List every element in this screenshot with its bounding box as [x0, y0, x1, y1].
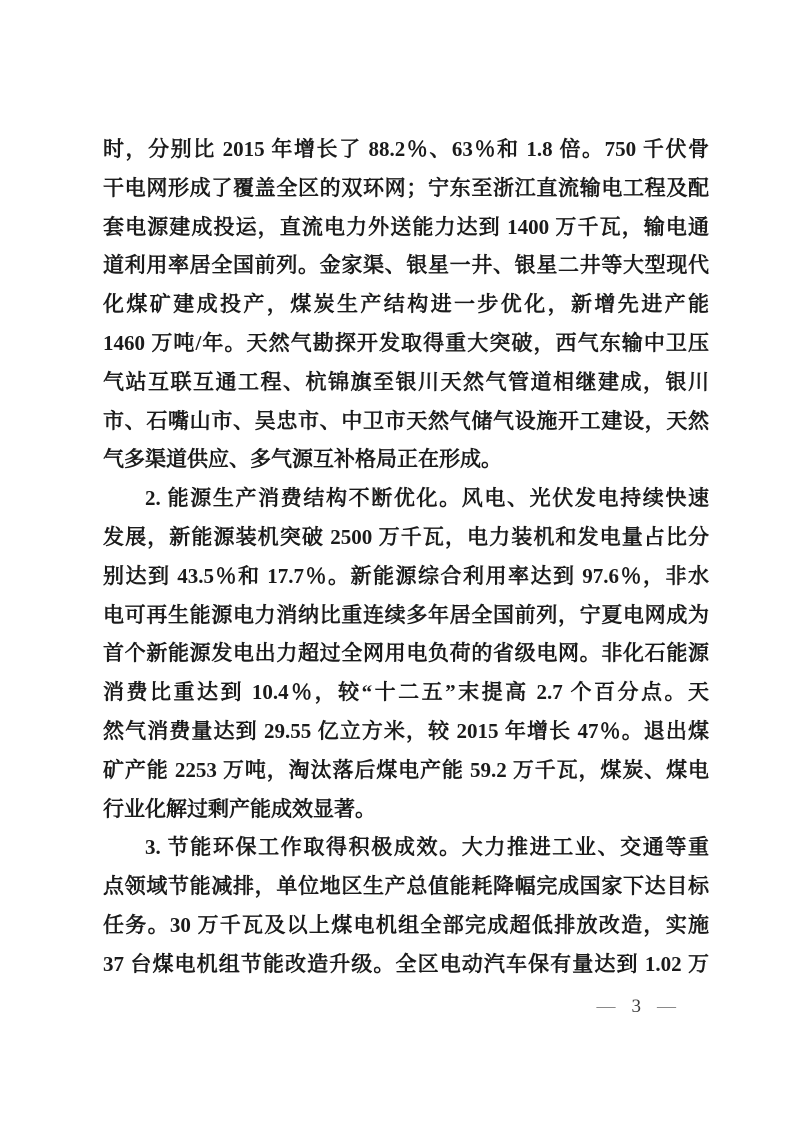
text-line: 行业化解过剩产能成效显著。	[103, 790, 709, 829]
text-line: 气站互联互通工程、杭锦旗至银川天然气管道相继建成，银川	[103, 363, 709, 402]
text-line: 首个新能源发电出力超过全网用电负荷的省级电网。非化石能源	[103, 634, 709, 673]
text-line: 然气消费量达到 29.55 亿立方米，较 2015 年增长 47％。退出煤	[103, 712, 709, 751]
page-number-value: 3	[632, 996, 642, 1018]
page-number: —3—	[597, 996, 677, 1018]
text-line: 化煤矿建成投产，煤炭生产结构进一步优化，新增先进产能	[103, 285, 709, 324]
text-line: 道利用率居全国前列。金家渠、银星一井、银星二井等大型现代	[103, 246, 709, 285]
text-line: 套电源建成投运，直流电力外送能力达到 1400 万千瓦，输电通	[103, 208, 709, 247]
page-number-dash-left: —	[597, 996, 616, 1017]
text-line: 别达到 43.5％和 17.7％。新能源综合利用率达到 97.6％，非水	[103, 557, 709, 596]
text-line: 干电网形成了覆盖全区的双环网；宁东至浙江直流输电工程及配	[103, 169, 709, 208]
paragraph-item-2: 2. 能源生产消费结构不断优化。风电、光伏发电持续快速 发展，新能源装机突破 2…	[103, 479, 709, 828]
document-page: 时，分别比 2015 年增长了 88.2％、63％和 1.8 倍。750 千伏骨…	[0, 0, 794, 1123]
text-line: 消费比重达到 10.4％，较“十二五”末提高 2.7 个百分点。天	[103, 673, 709, 712]
text-line: 点领域节能减排，单位地区生产总值能耗降幅完成国家下达目标	[103, 867, 709, 906]
page-number-dash-right: —	[657, 996, 676, 1017]
text-line: 2. 能源生产消费结构不断优化。风电、光伏发电持续快速	[103, 479, 709, 518]
text-line: 时，分别比 2015 年增长了 88.2％、63％和 1.8 倍。750 千伏骨	[103, 130, 709, 169]
text-line: 气多渠道供应、多气源互补格局正在形成。	[103, 440, 709, 479]
text-line: 37 台煤电机组节能改造升级。全区电动汽车保有量达到 1.02 万	[103, 945, 709, 984]
text-line: 1460 万吨/年。天然气勘探开发取得重大突破，西气东输中卫压	[103, 324, 709, 363]
text-line: 市、石嘴山市、吴忠市、中卫市天然气储气设施开工建设，天然	[103, 402, 709, 441]
paragraph-continuation: 时，分别比 2015 年增长了 88.2％、63％和 1.8 倍。750 千伏骨…	[103, 130, 709, 479]
text-line: 矿产能 2253 万吨，淘汰落后煤电产能 59.2 万千瓦，煤炭、煤电	[103, 751, 709, 790]
text-line: 任务。30 万千瓦及以上煤电机组全部完成超低排放改造，实施	[103, 906, 709, 945]
paragraph-item-3: 3. 节能环保工作取得积极成效。大力推进工业、交通等重 点领域节能减排，单位地区…	[103, 828, 709, 983]
text-line: 3. 节能环保工作取得积极成效。大力推进工业、交通等重	[103, 828, 709, 867]
text-line: 发展，新能源装机突破 2500 万千瓦，电力装机和发电量占比分	[103, 518, 709, 557]
document-body: 时，分别比 2015 年增长了 88.2％、63％和 1.8 倍。750 千伏骨…	[103, 130, 709, 984]
text-line: 电可再生能源电力消纳比重连续多年居全国前列，宁夏电网成为	[103, 596, 709, 635]
